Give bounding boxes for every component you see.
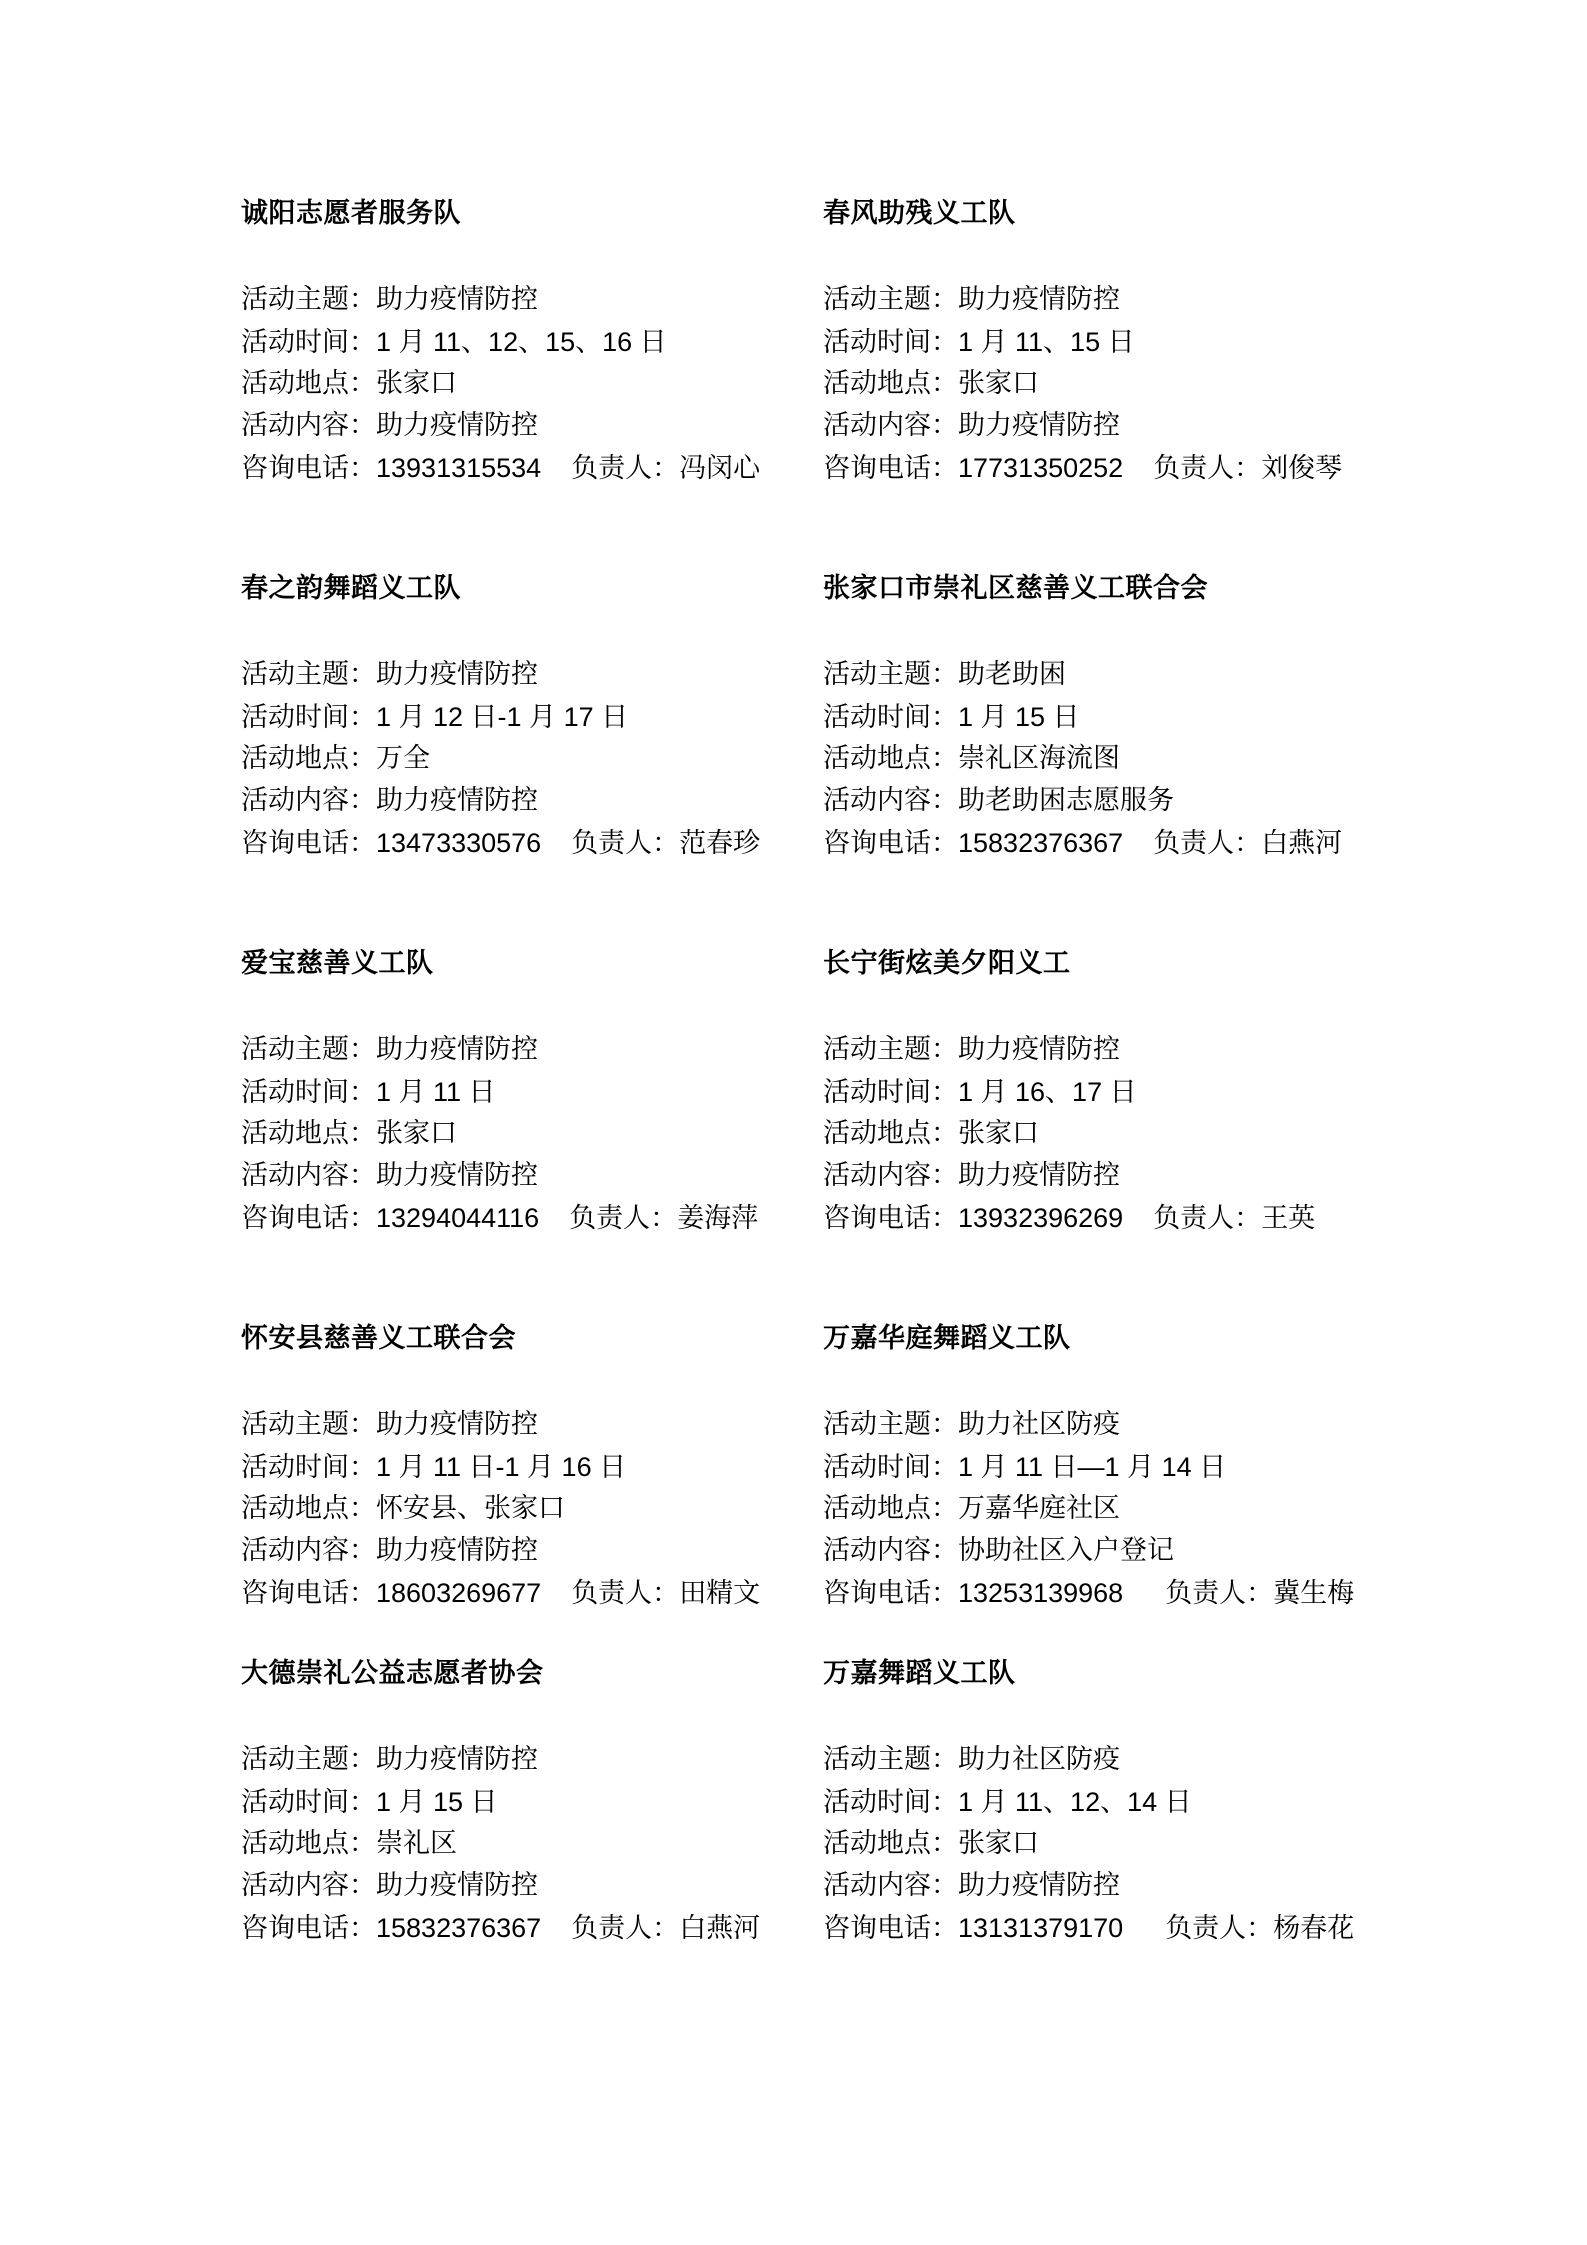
team-card: 张家口市崇礼区慈善义工联合会 活动主题：助老助困 活动时间：1 月 15 日 活…	[823, 572, 1383, 864]
content-row: 活动内容：助力疫情防控	[241, 405, 801, 447]
phone-value: 17731350252	[958, 453, 1123, 483]
time-value: 1 月 11、12、15、16 日	[376, 327, 667, 357]
place-label: 活动地点：	[241, 1493, 376, 1524]
content-label: 活动内容：	[823, 1870, 958, 1901]
place-label: 活动地点：	[241, 743, 376, 774]
place-label: 活动地点：	[823, 743, 958, 774]
contact-row: 咨询电话：15832376367负责人：白燕河	[823, 822, 1383, 864]
theme-label: 活动主题：	[241, 659, 376, 690]
person-label: 负责人：	[571, 828, 679, 859]
place-value: 张家口	[958, 368, 1039, 399]
place-row: 活动地点：张家口	[241, 363, 801, 405]
contact-row: 咨询电话：17731350252负责人：刘俊琴	[823, 447, 1383, 489]
team-name: 张家口市崇礼区慈善义工联合会	[823, 572, 1383, 606]
content-row: 活动内容：助力疫情防控	[823, 1155, 1383, 1197]
contact-row: 咨询电话：13131379170负责人：杨春花	[823, 1907, 1383, 1949]
team-name: 爱宝慈善义工队	[241, 947, 801, 981]
theme-row: 活动主题：助力疫情防控	[241, 279, 801, 321]
team-details: 活动主题：助老助困 活动时间：1 月 15 日 活动地点：崇礼区海流图 活动内容…	[823, 654, 1383, 864]
person-label: 负责人：	[571, 453, 679, 484]
phone-value: 13253139968	[958, 1578, 1123, 1608]
time-label: 活动时间：	[823, 1077, 958, 1108]
phone-label: 咨询电话：	[241, 453, 376, 484]
theme-value: 助力疫情防控	[958, 1034, 1120, 1065]
time-value: 1 月 11、12、14 日	[958, 1787, 1192, 1817]
team-name: 春风助残义工队	[823, 197, 1383, 231]
person-value: 冀生梅	[1273, 1578, 1354, 1609]
time-label: 活动时间：	[241, 327, 376, 358]
content-value: 助老助困志愿服务	[958, 785, 1174, 816]
phone-value: 18603269677	[376, 1578, 541, 1608]
theme-label: 活动主题：	[823, 284, 958, 315]
theme-label: 活动主题：	[241, 1744, 376, 1775]
time-row: 活动时间：1 月 11、12、14 日	[823, 1781, 1383, 1823]
team-details: 活动主题：助力疫情防控 活动时间：1 月 15 日 活动地点：崇礼区 活动内容：…	[241, 1739, 801, 1949]
theme-row: 活动主题：助力疫情防控	[823, 1029, 1383, 1071]
theme-row: 活动主题：助力疫情防控	[241, 1404, 801, 1446]
theme-label: 活动主题：	[241, 1034, 376, 1065]
person-label: 负责人：	[569, 1203, 677, 1234]
place-row: 活动地点：崇礼区海流图	[823, 738, 1383, 780]
team-name: 万嘉华庭舞蹈义工队	[823, 1322, 1383, 1356]
content-value: 助力疫情防控	[376, 410, 538, 441]
phone-value: 15832376367	[958, 828, 1123, 858]
place-row: 活动地点：张家口	[823, 1823, 1383, 1865]
place-value: 张家口	[376, 368, 457, 399]
contact-row: 咨询电话：13473330576负责人：范春珍	[241, 822, 801, 864]
theme-label: 活动主题：	[823, 659, 958, 690]
theme-label: 活动主题：	[241, 1409, 376, 1440]
phone-label: 咨询电话：	[823, 1578, 958, 1609]
person-label: 负责人：	[571, 1913, 679, 1944]
document-page: 诚阳志愿者服务队 活动主题：助力疫情防控 活动时间：1 月 11、12、15、1…	[0, 0, 1587, 2245]
person-value: 冯闵心	[679, 453, 760, 484]
theme-value: 助力疫情防控	[376, 1034, 538, 1065]
team-details: 活动主题：助力社区防疫 活动时间：1 月 11 日—1 月 14 日 活动地点：…	[823, 1404, 1383, 1614]
theme-row: 活动主题：助力疫情防控	[823, 279, 1383, 321]
content-value: 助力疫情防控	[376, 1535, 538, 1566]
team-card: 怀安县慈善义工联合会 活动主题：助力疫情防控 活动时间：1 月 11 日-1 月…	[241, 1322, 801, 1614]
person-value: 白燕河	[1261, 828, 1342, 859]
time-row: 活动时间：1 月 11、15 日	[823, 321, 1383, 363]
time-value: 1 月 15 日	[958, 702, 1080, 732]
person-label: 负责人：	[1153, 453, 1261, 484]
content-row: 活动内容：协助社区入户登记	[823, 1530, 1383, 1572]
theme-value: 助力社区防疫	[958, 1744, 1120, 1775]
place-label: 活动地点：	[241, 368, 376, 399]
team-details: 活动主题：助力疫情防控 活动时间：1 月 12 日-1 月 17 日 活动地点：…	[241, 654, 801, 864]
theme-row: 活动主题：助力疫情防控	[241, 654, 801, 696]
time-value: 1 月 15 日	[376, 1787, 498, 1817]
team-name: 大德崇礼公益志愿者协会	[241, 1657, 801, 1691]
time-row: 活动时间：1 月 16、17 日	[823, 1071, 1383, 1113]
team-name: 诚阳志愿者服务队	[241, 197, 801, 231]
phone-label: 咨询电话：	[241, 1203, 376, 1234]
content-label: 活动内容：	[241, 1535, 376, 1566]
team-name: 春之韵舞蹈义工队	[241, 572, 801, 606]
time-row: 活动时间：1 月 11 日	[241, 1071, 801, 1113]
place-row: 活动地点：万嘉华庭社区	[823, 1488, 1383, 1530]
content-value: 助力疫情防控	[958, 1160, 1120, 1191]
person-value: 范春珍	[679, 828, 760, 859]
phone-label: 咨询电话：	[823, 1913, 958, 1944]
time-value: 1 月 11 日—1 月 14 日	[958, 1452, 1226, 1482]
place-label: 活动地点：	[823, 1493, 958, 1524]
content-value: 助力疫情防控	[958, 1870, 1120, 1901]
time-label: 活动时间：	[241, 702, 376, 733]
content-row: 活动内容：助力疫情防控	[823, 1865, 1383, 1907]
phone-label: 咨询电话：	[241, 1578, 376, 1609]
person-value: 白燕河	[679, 1913, 760, 1944]
theme-label: 活动主题：	[823, 1034, 958, 1065]
person-value: 姜海萍	[677, 1203, 758, 1234]
content-label: 活动内容：	[823, 785, 958, 816]
theme-value: 助力疫情防控	[376, 1744, 538, 1775]
place-value: 张家口	[958, 1118, 1039, 1149]
place-row: 活动地点：崇礼区	[241, 1823, 801, 1865]
team-details: 活动主题：助力疫情防控 活动时间：1 月 11 日-1 月 16 日 活动地点：…	[241, 1404, 801, 1614]
theme-value: 助力疫情防控	[376, 1409, 538, 1440]
time-label: 活动时间：	[823, 1452, 958, 1483]
team-card: 万嘉华庭舞蹈义工队 活动主题：助力社区防疫 活动时间：1 月 11 日—1 月 …	[823, 1322, 1383, 1614]
theme-row: 活动主题：助力社区防疫	[823, 1404, 1383, 1446]
place-value: 崇礼区海流图	[958, 743, 1120, 774]
content-label: 活动内容：	[241, 1870, 376, 1901]
phone-value: 13932396269	[958, 1203, 1123, 1233]
team-card: 大德崇礼公益志愿者协会 活动主题：助力疫情防控 活动时间：1 月 15 日 活动…	[241, 1657, 801, 1949]
content-value: 助力疫情防控	[376, 1870, 538, 1901]
team-card: 万嘉舞蹈义工队 活动主题：助力社区防疫 活动时间：1 月 11、12、14 日 …	[823, 1657, 1383, 1949]
phone-label: 咨询电话：	[823, 828, 958, 859]
content-row: 活动内容：助力疫情防控	[241, 1155, 801, 1197]
content-label: 活动内容：	[823, 1535, 958, 1566]
theme-row: 活动主题：助力疫情防控	[241, 1029, 801, 1071]
team-details: 活动主题：助力疫情防控 活动时间：1 月 16、17 日 活动地点：张家口 活动…	[823, 1029, 1383, 1239]
contact-row: 咨询电话：13253139968负责人：冀生梅	[823, 1572, 1383, 1614]
time-label: 活动时间：	[241, 1787, 376, 1818]
team-name: 怀安县慈善义工联合会	[241, 1322, 801, 1356]
content-value: 助力疫情防控	[958, 410, 1120, 441]
time-row: 活动时间：1 月 11 日—1 月 14 日	[823, 1446, 1383, 1488]
content-row: 活动内容：助力疫情防控	[241, 1530, 801, 1572]
team-details: 活动主题：助力社区防疫 活动时间：1 月 11、12、14 日 活动地点：张家口…	[823, 1739, 1383, 1949]
contact-row: 咨询电话：18603269677负责人：田精文	[241, 1572, 801, 1614]
place-row: 活动地点：万全	[241, 738, 801, 780]
person-label: 负责人：	[1153, 828, 1261, 859]
person-label: 负责人：	[1153, 1203, 1261, 1234]
place-row: 活动地点：张家口	[823, 363, 1383, 405]
place-label: 活动地点：	[823, 1118, 958, 1149]
time-row: 活动时间：1 月 12 日-1 月 17 日	[241, 696, 801, 738]
time-value: 1 月 16、17 日	[958, 1077, 1137, 1107]
content-row: 活动内容：助老助困志愿服务	[823, 780, 1383, 822]
content-value: 助力疫情防控	[376, 785, 538, 816]
phone-value: 13473330576	[376, 828, 541, 858]
person-label: 负责人：	[1165, 1578, 1273, 1609]
content-value: 协助社区入户登记	[958, 1535, 1174, 1566]
content-row: 活动内容：助力疫情防控	[823, 405, 1383, 447]
time-label: 活动时间：	[823, 327, 958, 358]
time-label: 活动时间：	[241, 1077, 376, 1108]
phone-label: 咨询电话：	[823, 453, 958, 484]
phone-value: 13294044116	[376, 1203, 539, 1233]
place-label: 活动地点：	[241, 1118, 376, 1149]
place-label: 活动地点：	[823, 1828, 958, 1859]
person-value: 王英	[1261, 1203, 1315, 1234]
place-label: 活动地点：	[241, 1828, 376, 1859]
team-name: 万嘉舞蹈义工队	[823, 1657, 1383, 1691]
theme-label: 活动主题：	[823, 1409, 958, 1440]
person-label: 负责人：	[1165, 1913, 1273, 1944]
team-card: 诚阳志愿者服务队 活动主题：助力疫情防控 活动时间：1 月 11、12、15、1…	[241, 197, 801, 489]
theme-label: 活动主题：	[241, 284, 376, 315]
phone-label: 咨询电话：	[241, 828, 376, 859]
theme-row: 活动主题：助力疫情防控	[241, 1739, 801, 1781]
contact-row: 咨询电话：15832376367负责人：白燕河	[241, 1907, 801, 1949]
theme-value: 助老助困	[958, 659, 1066, 690]
person-value: 刘俊琴	[1261, 453, 1342, 484]
content-label: 活动内容：	[823, 410, 958, 441]
theme-row: 活动主题：助力社区防疫	[823, 1739, 1383, 1781]
theme-value: 助力社区防疫	[958, 1409, 1120, 1440]
time-row: 活动时间：1 月 11、12、15、16 日	[241, 321, 801, 363]
team-card: 春之韵舞蹈义工队 活动主题：助力疫情防控 活动时间：1 月 12 日-1 月 1…	[241, 572, 801, 864]
phone-label: 咨询电话：	[241, 1913, 376, 1944]
team-name: 长宁街炫美夕阳义工	[823, 947, 1383, 981]
time-value: 1 月 12 日-1 月 17 日	[376, 702, 628, 732]
place-value: 张家口	[376, 1118, 457, 1149]
place-value: 万全	[376, 743, 430, 774]
contact-row: 咨询电话：13931315534负责人：冯闵心	[241, 447, 801, 489]
time-value: 1 月 11 日-1 月 16 日	[376, 1452, 626, 1482]
place-label: 活动地点：	[823, 368, 958, 399]
contact-row: 咨询电话：13932396269负责人：王英	[823, 1197, 1383, 1239]
person-label: 负责人：	[571, 1578, 679, 1609]
phone-value: 13931315534	[376, 453, 541, 483]
content-label: 活动内容：	[823, 1160, 958, 1191]
phone-value: 15832376367	[376, 1913, 541, 1943]
place-row: 活动地点：张家口	[823, 1113, 1383, 1155]
time-label: 活动时间：	[823, 702, 958, 733]
content-value: 助力疫情防控	[376, 1160, 538, 1191]
place-value: 怀安县、张家口	[376, 1493, 565, 1524]
time-row: 活动时间：1 月 15 日	[823, 696, 1383, 738]
time-label: 活动时间：	[241, 1452, 376, 1483]
team-card: 爱宝慈善义工队 活动主题：助力疫情防控 活动时间：1 月 11 日 活动地点：张…	[241, 947, 801, 1239]
phone-label: 咨询电话：	[823, 1203, 958, 1234]
team-details: 活动主题：助力疫情防控 活动时间：1 月 11、12、15、16 日 活动地点：…	[241, 279, 801, 489]
theme-label: 活动主题：	[823, 1744, 958, 1775]
content-row: 活动内容：助力疫情防控	[241, 780, 801, 822]
theme-value: 助力疫情防控	[376, 284, 538, 315]
content-label: 活动内容：	[241, 1160, 376, 1191]
theme-row: 活动主题：助老助困	[823, 654, 1383, 696]
phone-value: 13131379170	[958, 1913, 1123, 1943]
contact-row: 咨询电话：13294044116负责人：姜海萍	[241, 1197, 801, 1239]
place-value: 张家口	[958, 1828, 1039, 1859]
person-value: 田精文	[679, 1578, 760, 1609]
team-details: 活动主题：助力疫情防控 活动时间：1 月 11 日 活动地点：张家口 活动内容：…	[241, 1029, 801, 1239]
place-value: 万嘉华庭社区	[958, 1493, 1120, 1524]
place-row: 活动地点：张家口	[241, 1113, 801, 1155]
team-details: 活动主题：助力疫情防控 活动时间：1 月 11、15 日 活动地点：张家口 活动…	[823, 279, 1383, 489]
time-value: 1 月 11 日	[376, 1077, 496, 1107]
content-label: 活动内容：	[241, 785, 376, 816]
team-card: 春风助残义工队 活动主题：助力疫情防控 活动时间：1 月 11、15 日 活动地…	[823, 197, 1383, 489]
place-value: 崇礼区	[376, 1828, 457, 1859]
time-row: 活动时间：1 月 15 日	[241, 1781, 801, 1823]
time-row: 活动时间：1 月 11 日-1 月 16 日	[241, 1446, 801, 1488]
content-label: 活动内容：	[241, 410, 376, 441]
theme-value: 助力疫情防控	[958, 284, 1120, 315]
time-label: 活动时间：	[823, 1787, 958, 1818]
theme-value: 助力疫情防控	[376, 659, 538, 690]
place-row: 活动地点：怀安县、张家口	[241, 1488, 801, 1530]
person-value: 杨春花	[1273, 1913, 1354, 1944]
team-card: 长宁街炫美夕阳义工 活动主题：助力疫情防控 活动时间：1 月 16、17 日 活…	[823, 947, 1383, 1239]
content-row: 活动内容：助力疫情防控	[241, 1865, 801, 1907]
time-value: 1 月 11、15 日	[958, 327, 1135, 357]
